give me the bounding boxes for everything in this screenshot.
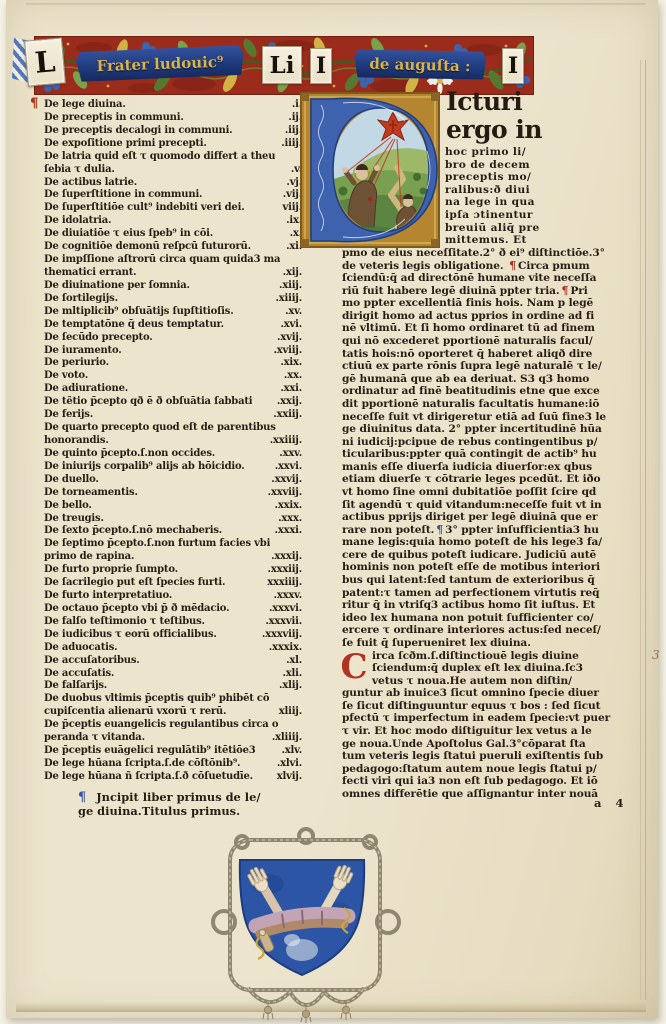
toc-entry-number: .xxx. <box>278 513 302 526</box>
paragraph-mark-icon <box>597 762 601 775</box>
body-text-line: τ vir. Et hoc modo diſtiguitur lex vetus… <box>342 725 654 738</box>
toc-entry-text: De lege hūana ñ ſcripta.ſ.ð cōſuetudīe. <box>44 771 253 784</box>
corner-initial-letter: L <box>33 44 56 80</box>
paragraph-mark-icon <box>601 623 605 636</box>
toc-entry-text: De temptatōne q̄ deus temptatur. <box>44 319 224 332</box>
illuminated-initial-d <box>299 91 441 253</box>
paragraph-mark-icon <box>592 347 596 360</box>
toc-pilcrow-icon: ¶ <box>30 96 38 111</box>
toc-row: De p̄ceptis euāgelici regulātib⁹ itētiōe… <box>44 745 302 758</box>
paragraph-mark-icon <box>583 661 587 674</box>
toc-entry-text: De aduocatis. <box>44 642 117 655</box>
body-text-line: cere de quibus poteſt iudicare. Judiciū … <box>342 549 654 562</box>
body-narrow-line: na lege in qua <box>445 196 577 209</box>
toc-row: cupiſcentia alienarū vxorū τ rerū. xliij… <box>44 706 302 719</box>
paragraph-mark-icon <box>595 321 599 334</box>
toc-entry-number: .xlv. <box>281 745 302 758</box>
toc-entry-number: .xviij. <box>273 345 302 358</box>
toc-entry-text: De expoſitione primi precepti. <box>44 138 207 151</box>
panel-i-left-text: I <box>316 53 326 79</box>
toc-entry-text: De ſortilegijs. <box>44 293 118 306</box>
banner-augusta-text: de auguſta : <box>369 54 471 75</box>
body-text-line: neceſſe fuit vt dirigeretur etiā ad ſuū … <box>342 411 654 424</box>
body-text-line: tum veteris legis ſtatui pueruli exiſten… <box>342 750 654 763</box>
paragraph-mark-icon <box>596 485 600 498</box>
toc-row: De falſarijs. .xlij. <box>44 680 302 693</box>
toc-entry-text: De iudicibus τ eorū officialibus. <box>44 629 217 642</box>
body-narrow-line: ipſa ɔtinentur <box>445 209 577 222</box>
toc-row: De latria quid eſt τ quomodo differt a t… <box>44 151 302 164</box>
toc-row: De duello. .xxvij. <box>44 474 302 487</box>
body-text-line: gē humanā que ab ea deriuat. S3 q3 homo <box>342 373 654 386</box>
toc-row: De iniurijs corpalib⁹ alijs ab hōicidio.… <box>44 461 302 474</box>
paragraph-mark-icon <box>592 460 596 473</box>
toc-entry-number: xlvij. <box>277 771 302 784</box>
toc-entry-number: xxxiiij. <box>267 577 302 590</box>
body-text-line: ordinatur ad finē beatitudinis etne que … <box>342 385 654 398</box>
body-text-line: vetus τ noua.He autem non diſtin/ <box>342 675 654 688</box>
body-text-line: pedagogo:ſtatum autem noue legis ſtatui … <box>342 763 654 776</box>
toc-entry-number: .xxxix. <box>269 642 302 655</box>
toc-entry-number: .xli. <box>282 668 302 681</box>
toc-row: De lege hūana ñ ſcripta.ſ.ð cōſuetudīe. … <box>44 771 302 784</box>
toc-entry-number: .xij. <box>283 267 302 280</box>
body-narrow-lines: hoc primo li/bro de decempreceptis mo/ra… <box>445 146 577 247</box>
toc-row: De lege diuina. .i. <box>44 99 302 112</box>
body-text-line: vt homo ſine omni dubitatiōe poſſit ſcir… <box>342 486 654 499</box>
paragraph-mark-icon <box>531 636 535 649</box>
toc-entry-text: De falſo teſtimonio τ teſtibus. <box>44 616 205 629</box>
toc-row: De falſo teſtimonio τ teſtibus. .xxxvii. <box>44 616 302 629</box>
body-narrow-line: ralibus:ð diui <box>445 184 577 197</box>
body-text-line: ge noua.Unde Apoſtolus Gal.3°cōparat ſta <box>342 738 654 751</box>
toc-entry-text: thematici errant. <box>44 267 136 280</box>
body-text-line: qui nō excederet pportionē naturalis fac… <box>342 335 654 348</box>
toc-entry-number: .xxxij. <box>271 551 302 564</box>
toc-entry-number: .xl. <box>286 655 302 668</box>
body-text-line: ctiuū ex parte rōnis ſupra legē naturalē… <box>342 360 654 373</box>
toc-row: De ſexto p̄cepto.ſ.nō mechaberis. .xxxi. <box>44 525 302 538</box>
toc-row: De voto. .xx. <box>44 370 302 383</box>
toc-entry-text: De cognitiōe demonū reſpcū futurorū. <box>44 241 251 254</box>
body-text-line: etiam diuerſe τ cōtrarie leges pcedūt. E… <box>342 473 654 486</box>
toc-entry-number: .xlij. <box>279 680 302 693</box>
page-edge-top <box>26 3 646 6</box>
paragraph-mark-icon <box>599 397 603 410</box>
toc-row: De lege hūana ſcripta.ſ.de cōſtōnib⁹. .x… <box>44 758 302 771</box>
toc-entry-text: De impſſione aſtrorū circa quam quida3 m… <box>44 254 280 267</box>
paragraph-mark-icon <box>600 384 604 397</box>
paragraph-mark-icon <box>600 560 604 573</box>
toc-entry-text: De diuinatione per ſomnia. <box>44 280 190 293</box>
paragraph-mark-icon <box>595 598 599 611</box>
toc-entry-text: De duobus vltimis p̄ceptis quib⁹ phibēt … <box>44 693 269 706</box>
toc-row: De aduocatis. .xxxix. <box>44 642 302 655</box>
toc-row: De ſuperſtitiōe cult⁹ indebiti veri dei.… <box>44 202 302 215</box>
toc-row: primo de rapina. .xxxij. <box>44 551 302 564</box>
toc-row: De diuiatiōe τ eius ſpeb⁹ in cōi. .x. <box>44 228 302 241</box>
toc-row: honorandis. .xxiiij. <box>44 435 302 448</box>
paragraph-mark-icon <box>594 611 598 624</box>
toc-entry-text: De ſuperſtitiōe cult⁹ indebiti veri dei. <box>44 202 244 215</box>
body-text-line: ticularibus:ppter quā contingit de actib… <box>342 448 654 461</box>
toc-row: De ſuperſtitione in communi. .vij. <box>44 189 302 202</box>
body-text-line: manis eſſe diuerſa iudicia diuerſor:ex q… <box>342 461 654 474</box>
toc-row: De ſeptimo p̄cepto.ſ.non furtum facies v… <box>44 538 302 551</box>
toc-row: De diuinatione per ſomnia. .xiij. <box>44 280 302 293</box>
toc-entry-text: De bello. <box>44 500 92 513</box>
body-text-line: de veteris legis obligatione. ¶Circa pmu… <box>342 260 654 273</box>
toc-entry-text: De ferijs. <box>44 409 93 422</box>
toc-row: De accuſatis. .xli. <box>44 668 302 681</box>
paragraph-mark-icon <box>599 586 603 599</box>
manuscript-page: L Frater ludouic⁹ Li I de auguſta : I ¶ … <box>6 0 658 1018</box>
toc-entry-number: .xxxvi. <box>269 603 302 616</box>
toc-entry-text: cupiſcentia alienarū vxorū τ rerū. <box>44 706 226 719</box>
paragraph-mark-icon <box>579 649 583 662</box>
body-text-line: patent:τ tamen ad perfectionem virtutis … <box>342 587 654 600</box>
incipit-line-2: ge diuina.Titulus primus. <box>78 805 260 819</box>
toc-entry-number: .xiiij. <box>275 293 302 306</box>
toc-row: De treugis. .xxx. <box>44 513 302 526</box>
toc-entry-text: De octauo p̄cepto vbi p̄ ð mēdacio. <box>44 603 229 616</box>
toc-entry-text: De lege diuina. <box>44 99 126 112</box>
body-text-line: ſe ſicut diſtinguuntur equus τ bos : ſed… <box>342 700 654 713</box>
toc-entry-text: De furto proprie ſumpto. <box>44 564 178 577</box>
toc-entry-text: De ſecūdo precepto. <box>44 332 153 345</box>
paragraph-mark-icon <box>596 548 600 561</box>
toc-entry-number: .xxiij. <box>273 409 302 422</box>
toc-entry-text: De furto interpretatiuo. <box>44 590 172 603</box>
toc-row: De accuſatoribus. .xl. <box>44 655 302 668</box>
paragraph-mark-icon: ¶ <box>559 284 570 297</box>
toc-row: De ſacrilegio put eſt ſpecies furti. xxx… <box>44 577 302 590</box>
paragraph-mark-icon <box>586 737 590 750</box>
toc-entry-text: honorandis. <box>44 435 109 448</box>
paragraph-mark-icon <box>595 573 599 586</box>
paragraph-mark-icon <box>593 296 597 309</box>
paragraph-mark-icon <box>602 498 606 511</box>
body-text-line: pfectū τ imperfectum in eadem ſpecie:vt … <box>342 712 654 725</box>
toc-entry-text: De iniurijs corpalib⁹ alijs ab hōicidio. <box>44 461 245 474</box>
paragraph-mark-icon <box>599 686 603 699</box>
toc-entry-text: primo de rapina. <box>44 551 134 564</box>
toc-row: De impſſione aſtrorū circa quam quida3 m… <box>44 254 302 267</box>
toc-entry-text: De torneamentis. <box>44 487 138 500</box>
toc-row: De iuramento. .xviij. <box>44 345 302 358</box>
paragraph-mark-icon <box>605 246 609 259</box>
banner-frater-text: Frater ludouic⁹ <box>96 52 224 74</box>
panel-li: Li <box>262 46 302 84</box>
toc-entry-number: .xxvi. <box>275 461 302 474</box>
toc-entry-number: .xxi. <box>280 383 302 396</box>
toc-row: peranda τ vitanda. .xliiij. <box>44 732 302 745</box>
body-text-line: mane legis:quia homo poteſt de his lege3… <box>342 536 654 549</box>
toc-row: De preceptis in communi. .ij. <box>44 112 302 125</box>
paragraph-mark-icon: ¶ <box>507 259 518 272</box>
body-text-line: hominis non poteſt eſſe de motibus inter… <box>342 561 654 574</box>
body-narrow-line: breuiū aliq̄ pre <box>445 222 577 235</box>
body-text-line: mo ppter excellentiā finis hois. Nam p l… <box>342 297 654 310</box>
coat-of-arms <box>198 824 418 1024</box>
body-text-line: irca ſcðm.ſ.diſtinctiouē legis diuine <box>342 650 654 663</box>
paragraph-mark-icon <box>602 359 606 372</box>
body-text-line: ge diuinitus data. 2° ppter incertitudin… <box>342 423 654 436</box>
corner-initial-panel: L <box>24 37 66 86</box>
toc-entry-number: .xxv. <box>279 448 302 461</box>
toc-entry-text: De diuiatiōe τ eius ſpeb⁹ in cōi. <box>44 228 213 241</box>
toc-entry-text: De lege hūana ſcripta.ſ.de cōſtōnib⁹. <box>44 758 240 771</box>
paragraph-mark-icon <box>602 535 606 548</box>
body-text-line: tatis hois:nō oporteret q̄ haberet aliqð… <box>342 348 654 361</box>
toc-row: De mltiplicib⁹ obſuātijs ſupſtitioſis. .… <box>44 306 302 319</box>
toc-entry-text: De ſuperſtitione in communi. <box>44 189 202 202</box>
body-text-line: dirigit homo ad actus pprios in ordine a… <box>342 310 654 323</box>
toc-entry-text: De duello. <box>44 474 99 487</box>
toc-entry-text: De p̄ceptis euāgelici regulātib⁹ itētiōe… <box>44 745 256 758</box>
toc-entry-text: De falſarijs. <box>44 680 107 693</box>
toc-row: De actibus latrie. .vj. <box>44 177 302 190</box>
panel-i-right-text: I <box>508 53 518 79</box>
toc-row: De periurio. .xix. <box>44 357 302 370</box>
panel-i-left: I <box>310 48 332 84</box>
body-text-line: bus qui latent:ſed tantum de exterioribu… <box>342 574 654 587</box>
toc-entry-text: De quarto precepto quod eſt de parentibu… <box>44 422 276 435</box>
body-text-line: ideo lex humana non potuit ſufficienter … <box>342 612 654 625</box>
toc-entry-text: De actibus latrie. <box>44 177 137 190</box>
paragraph-mark-icon <box>596 271 600 284</box>
dropcap-words: Icturi ergo in <box>446 88 542 144</box>
body-text-line: actibus pprijs diriget per legē diuinā q… <box>342 511 654 524</box>
paragraph-mark-icon: ¶ <box>434 523 445 536</box>
toc-entry-text: De idolatria. <box>44 215 111 228</box>
toc-row: De bello. .xxix. <box>44 500 302 513</box>
toc-entry-text: De treugis. <box>44 513 104 526</box>
toc-entry-text: De adiuratione. <box>44 383 128 396</box>
paragraph-mark-icon <box>598 774 602 787</box>
paragraph-mark-icon <box>600 472 604 485</box>
panel-li-text: Li <box>270 52 295 79</box>
toc-entry-text: De ſeptimo p̄cepto.ſ.non furtum facies v… <box>44 538 270 551</box>
toc-entry-text: De voto. <box>44 370 88 383</box>
toc-entry-text: De iuramento. <box>44 345 122 358</box>
toc-row: De torneamentis. .xxviij. <box>44 487 302 500</box>
toc-entry-text: De preceptis in communi. <box>44 112 184 125</box>
toc-row: De furto interpretatiuo. .xxxv. <box>44 590 302 603</box>
toc-entry-number: .xvij. <box>277 332 302 345</box>
toc-entry-number: .xiij. <box>279 280 302 293</box>
incipit-block: ¶Jncipit liber primus de le/ ge diuina.T… <box>78 791 260 818</box>
body-text-line: nē vltimū. Et ſi homo ordinaret tū ad fi… <box>342 322 654 335</box>
toc-row: De p̄ceptis euangelicis regulantibus cir… <box>44 719 302 732</box>
body-text-line: ſciendū:q̄ ad directōnē humane vite nece… <box>342 272 654 285</box>
toc-row: De iudicibus τ eorū officialibus. .xxxvi… <box>44 629 302 642</box>
body-text-line: ſe fuit q̄ ſuperueniret lex diuina. <box>342 637 654 650</box>
toc-entry-number: .xix. <box>280 357 302 370</box>
toc-entry-number: .xvi. <box>280 319 302 332</box>
table-of-contents: De lege diuina. .i. De preceptis in comm… <box>44 99 302 784</box>
toc-row: De expoſitione primi precepti. .iiij. <box>44 138 302 151</box>
toc-entry-text: peranda τ vitanda. <box>44 732 145 745</box>
toc-row: De cognitiōe demonū reſpcū futurorū. .xi… <box>44 241 302 254</box>
toc-entry-text: De ſacrilegio put eſt ſpecies furti. <box>44 577 225 590</box>
toc-entry-number: xliij. <box>279 706 302 719</box>
toc-row: De ſecūdo precepto. .xvij. <box>44 332 302 345</box>
toc-entry-number: .xxxvii. <box>265 616 302 629</box>
paragraph-mark-icon <box>572 674 576 687</box>
toc-entry-number: .xxiiij. <box>270 435 302 448</box>
toc-entry-number: .xxxi. <box>275 525 302 538</box>
dropcap-word-1: Icturi <box>446 88 542 116</box>
body-text-line: ercere τ ordinare interiores actus:ſed n… <box>342 624 654 637</box>
body-narrow-line: hoc primo li/ <box>445 146 577 159</box>
paragraph-mark-icon <box>597 510 601 523</box>
toc-row: De preceptis decalogi in communi. .iij. <box>44 125 302 138</box>
toc-row: De duobus vltimis p̄ceptis quib⁹ phibēt … <box>44 693 302 706</box>
toc-entry-number: .xliiij. <box>272 732 302 745</box>
body-text-line: pmo de eius neceſſitate.2° ð ei⁹ diſtinc… <box>342 247 654 260</box>
toc-row: De quinto p̄cepto.ſ.non occides. .xxv. <box>44 448 302 461</box>
paragraph-mark-icon <box>592 724 596 737</box>
body-text-line: rare non poteſt.¶3° ppter inſufficientia… <box>342 524 654 537</box>
toc-entry-number: .xlvi. <box>277 758 302 771</box>
toc-entry-number: .xv. <box>285 306 302 319</box>
toc-entry-text: De accuſatoribus. <box>44 655 140 668</box>
paragraph-mark-icon <box>610 711 614 724</box>
body-text-line: ſit agendū τ quid vitandum:neceſſe fuit … <box>342 499 654 512</box>
toc-entry-number: .xxxviij. <box>262 629 302 642</box>
body-text-line: ni iudicij:pcipue de rebus contingentibu… <box>342 436 654 449</box>
panel-i-right: I <box>502 48 524 84</box>
paragraph-mark-icon <box>606 410 610 423</box>
incipit-line-1: ¶Jncipit liber primus de le/ <box>78 791 260 805</box>
toc-row: De ferijs. .xxiij. <box>44 409 302 422</box>
toc-entry-number: .xxij. <box>277 396 302 409</box>
body-narrow-line: preceptis mo/ <box>445 171 577 184</box>
margin-note: 3 <box>652 648 660 662</box>
toc-row: De adiuratione. .xxi. <box>44 383 302 396</box>
toc-entry-text: ſebia τ dulia. <box>44 164 115 177</box>
toc-entry-text: De latria quid eſt τ quomodo differt a t… <box>44 151 275 164</box>
paragraph-mark-icon <box>597 435 601 448</box>
stigmata-miniature <box>299 91 441 249</box>
toc-entry-text: De mltiplicib⁹ obſuātijs ſupſtitioſis. <box>44 306 234 319</box>
toc-row: De ſortilegijs. .xiiij. <box>44 293 302 306</box>
paragraph-mark-icon <box>600 699 604 712</box>
toc-entry-number: .xxxiij. <box>268 564 302 577</box>
toc-row: De octauo p̄cepto vbi p̄ ð mēdacio. .xxx… <box>44 603 302 616</box>
toc-entry-text: De accuſatis. <box>44 668 114 681</box>
toc-entry-text: De ſexto p̄cepto.ſ.nō mechaberis. <box>44 525 222 538</box>
toc-row: thematici errant. .xij. <box>44 267 302 280</box>
banner-augusta: de auguſta : <box>354 48 487 80</box>
toc-entry-text: De quinto p̄cepto.ſ.non occides. <box>44 448 215 461</box>
body-narrow-line: bro de decem <box>445 159 577 172</box>
body-column: pmo de eius neceſſitate.2° ð ei⁹ diſtinc… <box>342 247 654 800</box>
body-text-line: ritur q̄ in vtriſq3 actibus homo ſit iuſ… <box>342 599 654 612</box>
body-text-line: fecti viri qui ia3 non eſt ſub pedagogo.… <box>342 775 654 788</box>
paragraph-mark-icon <box>602 422 606 435</box>
body-text-line: riū fuit habere legē diuinā ppter tria.¶… <box>342 285 654 298</box>
toc-row: De idolatria. .ix. <box>44 215 302 228</box>
body-narrow-line: mittemus. Et <box>445 234 577 247</box>
toc-entry-number: .xxviij. <box>268 487 302 500</box>
paragraph-mark-icon <box>589 372 593 385</box>
toc-entry-number: .xxxv. <box>274 590 302 603</box>
toc-entry-number: .xxix. <box>275 500 302 513</box>
body-text-line: ſciendum:q̄ duplex eſt lex diuina.ſc3 <box>342 662 654 675</box>
toc-entry-text: De tẽtio p̄cepto qð ē ð obſuātia ſabbati <box>44 396 252 409</box>
toc-entry-text: De p̄ceptis euangelicis regulantibus cir… <box>44 719 278 732</box>
dropcap-word-2: ergo in <box>446 116 542 144</box>
toc-entry-number: .xxvij. <box>271 474 302 487</box>
toc-row: De tẽtio p̄cepto qð ē ð obſuātia ſabbati… <box>44 396 302 409</box>
toc-row: ſebia τ dulia. .v. <box>44 164 302 177</box>
toc-entry-text: De preceptis decalogi in communi. <box>44 125 232 138</box>
toc-row: De furto proprie ſumpto. .xxxiij. <box>44 564 302 577</box>
body-text-line: guntur ab inuice3 ſicut omnino ſpecie di… <box>342 687 654 700</box>
toc-row: De temptatōne q̄ deus temptatur. .xvi. <box>44 319 302 332</box>
paragraph-mark-icon <box>597 447 601 460</box>
paragraph-mark-icon <box>594 309 598 322</box>
paragraph-mark-icon <box>603 749 607 762</box>
toc-row: De quarto precepto quod eſt de parentibu… <box>44 422 302 435</box>
body-text-line: dit pportionē naturalis facultatis human… <box>342 398 654 411</box>
paragraph-mark-icon <box>593 334 597 347</box>
toc-entry-number: .xx. <box>284 370 302 383</box>
signature-mark: a 4 <box>594 796 623 810</box>
toc-entry-text: De periurio. <box>44 357 109 370</box>
